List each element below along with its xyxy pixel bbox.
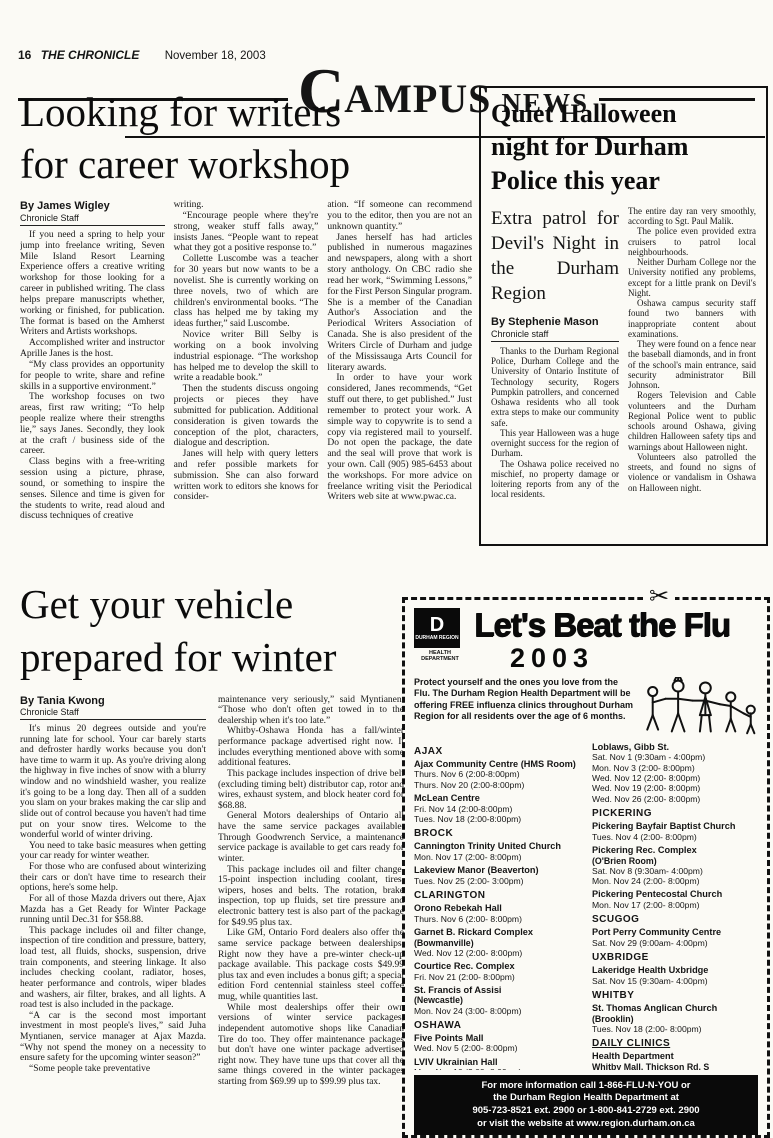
- paragraph: Novice writer Bill Selby is working on a…: [174, 330, 319, 384]
- paragraph: “Encourage people where they're strong, …: [174, 211, 319, 254]
- contact-banner-line: 905-723-8521 ext. 2900 or 1-800-841-2729…: [418, 1105, 754, 1118]
- contact-banner-line: the Durham Region Health Department at: [418, 1092, 754, 1105]
- durham-region-logo: D DURHAM REGION HEALTH DEPARTMENT: [414, 608, 466, 662]
- paragraph: Accomplished writer and instructor April…: [20, 338, 165, 360]
- paragraph: ation. “If someone can recommend you to …: [327, 200, 472, 232]
- paragraph: Janes herself has had articles published…: [327, 233, 472, 374]
- paragraph: Rogers Television and Cable volunteers a…: [628, 390, 756, 452]
- byline-role: Chronicle staff: [491, 329, 619, 339]
- flu-clinic-time: Mon. Nov 17 (2:00- 8:00pm): [592, 900, 758, 910]
- headline-line: night for Durham: [491, 130, 756, 163]
- paragraph: General Motors dealerships of Ontario al…: [218, 811, 404, 864]
- flu-city-heading: BROCK: [414, 828, 580, 839]
- article-vehicle-headline: Get your vehicleprepared for winter: [20, 578, 404, 685]
- paragraph: maintenance very seriously,” said Myntia…: [218, 695, 404, 727]
- flu-clinic-time: Fri. Nov 14 (2:00-8:00pm): [414, 804, 580, 814]
- flu-city-heading: OSHAWA: [414, 1020, 580, 1031]
- flu-clinic-time: Tues. Nov 4 (2:00- 8:00pm): [592, 832, 758, 842]
- flu-venue-name: Garnet B. Rickard Complex: [414, 927, 580, 938]
- article-vehicle-col-2: maintenance very seriously,” said Myntia…: [218, 695, 404, 1087]
- flu-venue: Pickering Rec. Complex(O'Brien Room)Sat.…: [592, 845, 758, 886]
- paragraph: This year Halloween was a huge overnight…: [491, 428, 619, 459]
- flu-clinic-time: Wed. Nov 12 (2:00- 8:00pm): [414, 948, 580, 958]
- paragraph: Thanks to the Durham Regional Police, Du…: [491, 346, 619, 428]
- byline-block: By James Wigley Chronicle Staff: [20, 200, 165, 226]
- article-writers-col-2: writing.“Encourage people where they're …: [174, 200, 319, 552]
- article-vehicle-winter: Get your vehicleprepared for winter By T…: [20, 578, 404, 1087]
- flu-clinic-time: Sat. Nov 29 (9:00am- 4:00pm): [592, 938, 758, 948]
- flu-venue-sub: (O'Brien Room): [592, 856, 758, 866]
- paragraph: “My class provides an opportunity for pe…: [20, 360, 165, 392]
- paragraph: writing.: [174, 200, 319, 211]
- flu-city-heading: SCUGOG: [592, 914, 758, 925]
- flu-clinic-time: Thurs. Nov 20 (2:00-8:00pm): [414, 780, 580, 790]
- flu-clinic-time: Thurs. Nov 6 (2:00-8:00pm): [414, 769, 580, 779]
- flu-venue: Health DepartmentWhitby Mall, Thickson R…: [592, 1051, 758, 1070]
- article-halloween-col-1: Extra patrol for Devil's Night in the Du…: [491, 206, 619, 524]
- flu-ad-intro-text: Protect yourself and the ones you love f…: [414, 677, 636, 737]
- paragraph: For those who are confused about winteri…: [20, 862, 206, 894]
- paragraph: The Oshawa police received no mischief, …: [491, 459, 619, 500]
- headline-line: Looking for writers: [20, 86, 472, 138]
- byline-author: By Tania Kwong: [20, 695, 206, 707]
- paragraph: “Some people take preventative: [20, 1064, 206, 1075]
- paragraph: Like GM, Ontario Ford dealers also offer…: [218, 928, 404, 1002]
- flu-ad-intro-row: Protect yourself and the ones you love f…: [414, 677, 758, 737]
- byline-block: By Stephenie Mason Chronicle staff: [491, 316, 619, 342]
- flu-listings-col-1: AJAXAjax Community Centre (HMS Room)Thur…: [414, 742, 580, 1070]
- flu-clinic-time: Mon. Nov 17 (2:00- 8:00pm): [414, 852, 580, 862]
- flu-venue-name: Lakeview Manor (Beaverton): [414, 865, 580, 876]
- paragraph: The workshop focuses on two areas, first…: [20, 392, 165, 457]
- page-number: 16: [18, 48, 31, 62]
- flu-venue-sub: (Brooklin): [592, 1014, 758, 1024]
- folio: 16 THE CHRONICLE November 18, 2003: [18, 48, 266, 62]
- flu-venue: Orono Rebekah HallThurs. Nov 6 (2:00- 8:…: [414, 903, 580, 924]
- flu-venue: Ajax Community Centre (HMS Room)Thurs. N…: [414, 759, 580, 790]
- flu-ad-contact-banner: For more information call 1-866-FLU-N-YO…: [414, 1075, 758, 1135]
- logo-letter: D: [430, 615, 444, 635]
- flu-clinic-time: Sat. Nov 8 (9:30am- 4:00pm): [592, 866, 758, 876]
- article-body-text: Thanks to the Durham Regional Police, Du…: [491, 346, 619, 500]
- paragraph: It's minus 20 degrees outside and you're…: [20, 724, 206, 841]
- byline-author: By James Wigley: [20, 200, 165, 213]
- flu-clinic-time: Wed. Nov 26 (2:00- 8:00pm): [592, 794, 758, 804]
- flu-venue: Garnet B. Rickard Complex(Bowmanville)We…: [414, 927, 580, 958]
- paragraph: If you need a spring to help your jump i…: [20, 230, 165, 338]
- flu-venue-name: Orono Rebekah Hall: [414, 903, 580, 914]
- flu-clinic-time: Thurs. Nov 6 (2:00- 8:00pm): [414, 914, 580, 924]
- flu-ad-header: D DURHAM REGION HEALTH DEPARTMENT Let's …: [414, 608, 758, 674]
- paragraph: In order to have your work considered, J…: [327, 373, 472, 503]
- flu-venue-name: Health Department: [592, 1051, 758, 1062]
- newspaper-page: 16 THE CHRONICLE November 18, 2003 CAMPU…: [0, 0, 773, 1138]
- headline-line: prepared for winter: [20, 631, 404, 684]
- headline-line: Get your vehicle: [20, 578, 404, 631]
- byline-role: Chronicle Staff: [20, 213, 165, 223]
- paragraph: Class begins with a free-writing session…: [20, 457, 165, 522]
- flu-venue-name: St. Thomas Anglican Church: [592, 1003, 758, 1014]
- flu-venue-name: Cannington Trinity United Church: [414, 841, 580, 852]
- article-body-text: If you need a spring to help your jump i…: [20, 230, 165, 522]
- flu-venue-name: Pickering Pentecostal Church: [592, 889, 758, 900]
- flu-city-heading: WHITBY: [592, 990, 758, 1001]
- flu-venue-name: Ajax Community Centre (HMS Room): [414, 759, 580, 770]
- flu-venue: Pickering Pentecostal ChurchMon. Nov 17 …: [592, 889, 758, 910]
- flu-clinic-listings: AJAXAjax Community Centre (HMS Room)Thur…: [414, 742, 758, 1070]
- flu-venue-name: St. Francis of Assisi: [414, 985, 580, 996]
- article-halloween-headline: Quiet Halloweennight for DurhamPolice th…: [491, 97, 756, 197]
- flu-venue: Cannington Trinity United ChurchMon. Nov…: [414, 841, 580, 862]
- paragraph: Oshawa campus security staff found two b…: [628, 298, 756, 339]
- flu-venue-name: Five Points Mall: [414, 1033, 580, 1044]
- flu-venue: McLean CentreFri. Nov 14 (2:00-8:00pm)Tu…: [414, 793, 580, 824]
- paragraph: While most dealerships offer their own v…: [218, 1003, 404, 1087]
- flu-venue: St. Francis of Assisi(Newcastle)Mon. Nov…: [414, 985, 580, 1016]
- flu-clinic-time: Tues. Nov 18 (2:00- 8:00pm): [592, 1024, 758, 1034]
- byline-role: Chronicle Staff: [20, 707, 206, 717]
- article-writers-col-1: By James Wigley Chronicle Staff If you n…: [20, 200, 165, 552]
- flu-venue-sub: Whitby Mall, Thickson Rd. S: [592, 1062, 758, 1070]
- logo-org-name: DURHAM REGION: [415, 635, 458, 641]
- flu-venue-name: Courtice Rec. Complex: [414, 961, 580, 972]
- paper-name: THE CHRONICLE: [41, 48, 140, 62]
- flu-venue-name: Port Perry Community Centre: [592, 927, 758, 938]
- durham-region-logo-icon: D DURHAM REGION: [414, 608, 460, 648]
- byline-author: By Stephenie Mason: [491, 316, 619, 329]
- paragraph: Volunteers also patrolled the streets, a…: [628, 452, 756, 493]
- contact-banner-line: or visit the website at www.region.durha…: [418, 1118, 754, 1131]
- paragraph: They were found on a fence near the base…: [628, 339, 756, 390]
- flu-venue-sub: (Newcastle): [414, 995, 580, 1005]
- flu-city-heading: DAILY CLINICS: [592, 1038, 758, 1049]
- article-halloween-columns: Extra patrol for Devil's Night in the Du…: [491, 206, 756, 524]
- article-writers-columns: By James Wigley Chronicle Staff If you n…: [20, 200, 472, 552]
- headline-line: Quiet Halloween: [491, 97, 756, 130]
- paragraph: For all of those Mazda drivers out there…: [20, 894, 206, 926]
- stick-figure-family-illustration: [640, 677, 758, 737]
- paragraph: The police even provided extra cruisers …: [628, 226, 756, 257]
- flu-venue-name: McLean Centre: [414, 793, 580, 804]
- flu-venue-name: LVIV Ukrainian Hall: [414, 1057, 580, 1068]
- paragraph: This package includes inspection of driv…: [218, 769, 404, 812]
- article-vehicle-columns: By Tania Kwong Chronicle Staff It's minu…: [20, 695, 404, 1087]
- flu-clinic-time: Sat. Nov 15 (9:30am- 4:00pm): [592, 976, 758, 986]
- paragraph: Janes will help with query letters and r…: [174, 449, 319, 503]
- flu-venue: Port Perry Community CentreSat. Nov 29 (…: [592, 927, 758, 948]
- flu-venue: Loblaws, Gibb St.Sat. Nov 1 (9:30am - 4:…: [592, 742, 758, 804]
- flu-venue-name: Pickering Rec. Complex: [592, 845, 758, 856]
- flu-clinic-time: Mon. Nov 24 (3:00- 8:00pm): [414, 1006, 580, 1016]
- flu-ad-titles: Let's Beat the Flu 2003: [474, 608, 758, 674]
- headline-line: Police this year: [491, 164, 756, 197]
- flu-venue-name: Loblaws, Gibb St.: [592, 742, 758, 753]
- flu-venue: Courtice Rec. ComplexFri. Nov 21 (2:00- …: [414, 961, 580, 982]
- flu-clinic-ad: ✂ D DURHAM REGION HEALTH DEPARTMENT Let'…: [402, 597, 770, 1138]
- flu-ad-title: Let's Beat the Flu: [474, 608, 758, 641]
- paragraph: Then the students discuss ongoing projec…: [174, 384, 319, 449]
- flu-city-heading: AJAX: [414, 746, 580, 757]
- flu-city-heading: PICKERING: [592, 808, 758, 819]
- flu-clinic-time: Fri. Nov 21 (2:00- 8:00pm): [414, 972, 580, 982]
- paragraph: This package includes oil and filter cha…: [20, 926, 206, 1011]
- article-body-text: It's minus 20 degrees outside and you're…: [20, 724, 206, 1075]
- flu-venue: LVIV Ukrainian HallMon. Nov 10 (2:00- 8:…: [414, 1057, 580, 1070]
- paragraph: You need to take basic measures when get…: [20, 841, 206, 862]
- paragraph: “A car is the second most important inve…: [20, 1011, 206, 1064]
- article-writers-workshop: Looking for writersfor career workshop B…: [20, 86, 472, 552]
- flu-venue-sub: (Bowmanville): [414, 938, 580, 948]
- flu-venue-name: Lakeridge Health Uxbridge: [592, 965, 758, 976]
- flu-city-heading: UXBRIDGE: [592, 952, 758, 963]
- flu-clinic-time: Wed. Nov 19 (2:00- 8:00pm): [592, 783, 758, 793]
- flu-listings-col-2: Loblaws, Gibb St.Sat. Nov 1 (9:30am - 4:…: [592, 742, 758, 1070]
- headline-line: for career workshop: [20, 138, 472, 190]
- paragraph: Whitby-Oshawa Honda has a fall/winter pe…: [218, 726, 404, 769]
- flu-clinic-time: Mon. Nov 24 (2:00- 8:00pm): [592, 876, 758, 886]
- flu-clinic-time: Wed. Nov 5 (2:00- 8:00pm): [414, 1043, 580, 1053]
- flu-venue: Pickering Bayfair Baptist ChurchTues. No…: [592, 821, 758, 842]
- flu-venue-name: Pickering Bayfair Baptist Church: [592, 821, 758, 832]
- issue-date: November 18, 2003: [165, 50, 266, 62]
- contact-banner-line: For more information call 1-866-FLU-N-YO…: [418, 1080, 754, 1093]
- flu-venue: St. Thomas Anglican Church(Brooklin)Tues…: [592, 1003, 758, 1034]
- flu-venue: Lakeview Manor (Beaverton)Tues. Nov 25 (…: [414, 865, 580, 886]
- article-vehicle-col-1: By Tania Kwong Chronicle Staff It's minu…: [20, 695, 206, 1087]
- article-writers-col-3: ation. “If someone can recommend you to …: [327, 200, 472, 552]
- flu-clinic-time: Tues. Nov 25 (2:00- 3:00pm): [414, 876, 580, 886]
- paragraph: This package includes oil and filter cha…: [218, 865, 404, 929]
- article-halloween-col-2: The entire day ran very smoothly, accord…: [628, 206, 756, 524]
- flu-venue: Lakeridge Health UxbridgeSat. Nov 15 (9:…: [592, 965, 758, 986]
- flu-clinic-time: Sat. Nov 1 (9:30am - 4:00pm): [592, 752, 758, 762]
- flu-clinic-time: Mon. Nov 10 (2:00- 8:00pm): [414, 1067, 580, 1070]
- logo-caption: HEALTH DEPARTMENT: [414, 650, 466, 662]
- paragraph: Neither Durham College nor the Universit…: [628, 257, 756, 298]
- paragraph: The entire day ran very smoothly, accord…: [628, 206, 756, 227]
- flu-clinic-time: Wed. Nov 12 (2:00- 8:00pm): [592, 773, 758, 783]
- article-halloween: Quiet Halloweennight for DurhamPolice th…: [479, 86, 768, 546]
- article-writers-headline: Looking for writersfor career workshop: [20, 86, 472, 190]
- scissors-icon: ✂: [643, 582, 675, 611]
- flu-ad-year: 2003: [510, 643, 758, 674]
- article-halloween-subhead: Extra patrol for Devil's Night in the Du…: [491, 206, 619, 306]
- byline-block: By Tania Kwong Chronicle Staff: [20, 695, 206, 720]
- flu-city-heading: CLARINGTON: [414, 890, 580, 901]
- flu-clinic-time: Tues. Nov 18 (2:00-8:00pm): [414, 814, 580, 824]
- flu-venue: Five Points MallWed. Nov 5 (2:00- 8:00pm…: [414, 1033, 580, 1054]
- flu-clinic-time: Mon. Nov 3 (2:00- 8:00pm): [592, 763, 758, 773]
- paragraph: Collette Luscombe was a teacher for 30 y…: [174, 254, 319, 330]
